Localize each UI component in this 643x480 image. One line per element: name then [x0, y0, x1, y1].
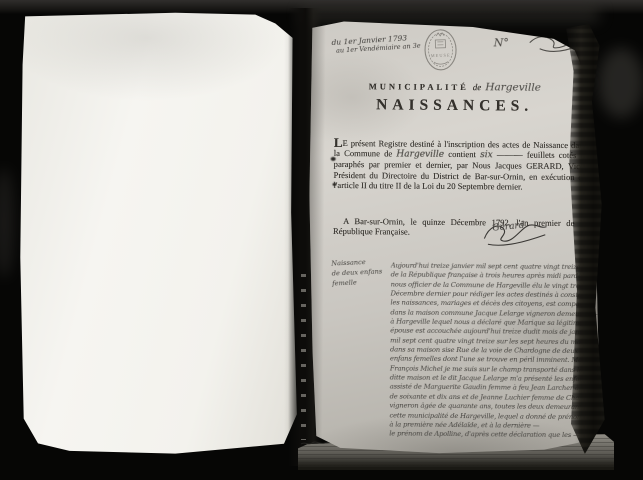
scan-smudge — [598, 48, 643, 118]
statement-dash: ——— — [497, 149, 523, 159]
ink-blot — [331, 157, 336, 161]
municipality-name-handwritten: Hargeville — [485, 81, 541, 93]
scanned-register-spread: du 1er Janvier 1793 au 1er Vendémiaire a… — [0, 0, 643, 480]
ink-blot — [332, 183, 336, 186]
handwritten-date-note: du 1er Janvier 1793 au 1er Vendémiaire a… — [331, 33, 421, 56]
municipality-de: de — [473, 82, 482, 92]
municipality-line: MUNICIPALITÉ de Hargeville — [352, 76, 557, 96]
manuscript-birth-record: Aujourd'hui treize janvier mil sept cent… — [389, 261, 599, 440]
stamp-text: MEUSE — [431, 53, 451, 59]
register-statement: LE présent Registre destiné à l'inscript… — [333, 138, 586, 193]
page-title: NAISSANCES. — [337, 96, 572, 116]
left-blank-page — [18, 11, 304, 459]
municipality-label: MUNICIPALITÉ — [369, 81, 469, 92]
number-mark: N° — [494, 36, 509, 49]
record-margin-note: Naissance de deux enfans femelle — [331, 256, 394, 289]
binding-stitches — [301, 262, 306, 440]
scan-smudge — [300, 6, 600, 22]
scan-smudge — [0, 168, 14, 278]
statement-seg2: contient — [448, 149, 476, 159]
margin-note-line3: femelle — [332, 276, 394, 289]
register-title-page: du 1er Janvier 1793 au 1er Vendémiaire a… — [304, 17, 608, 466]
commune-name-handwritten: Hargeville — [396, 149, 444, 159]
registrar-signature: Gérard — [480, 214, 553, 254]
record-line: le prénom de Apolline, d'après cette déc… — [389, 430, 597, 441]
folio-count-handwritten: six — [480, 150, 493, 160]
archive-stamp-icon: MEUSE — [419, 25, 462, 81]
